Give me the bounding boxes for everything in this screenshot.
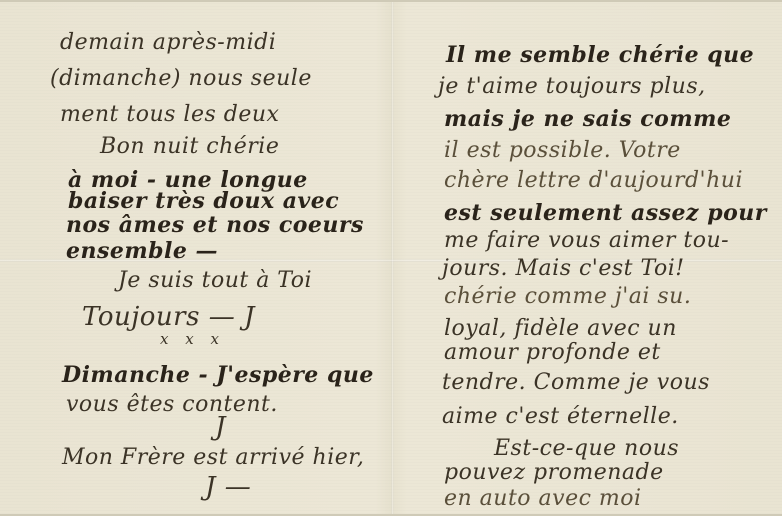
handwritten-line: je t'aime toujours plus, — [438, 74, 706, 99]
handwritten-line: me faire vous aimer tou- — [444, 228, 729, 253]
handwritten-line: amour profonde et — [444, 340, 661, 365]
handwritten-line: Je suis tout à Toi — [118, 268, 312, 293]
handwritten-line: en auto avec moi — [444, 486, 642, 511]
handwritten-line: Mon Frère est arrivé hier, — [62, 445, 364, 470]
signature-line: Toujours — J — [82, 302, 255, 332]
handwritten-line: ment tous les deux — [60, 102, 279, 127]
handwritten-line: loyal, fidèle avec un — [444, 316, 677, 341]
handwritten-line: (dimanche) nous seule — [50, 66, 312, 91]
handwritten-line: mais je ne sais comme — [444, 106, 731, 132]
handwritten-line: tendre. Comme je vous — [442, 370, 710, 395]
handwritten-line: chérie comme j'ai su. — [444, 284, 691, 309]
handwritten-line: Est-ce-que nous — [494, 436, 679, 461]
kisses-marks: x x x — [160, 330, 225, 348]
handwritten-line: Bon nuit chérie — [100, 134, 279, 159]
handwritten-line: pouvez promenade — [444, 460, 664, 485]
left-page: demain après-midi (dimanche) nous seule … — [0, 2, 391, 516]
handwritten-line: nos âmes et nos coeurs — [66, 212, 364, 238]
handwritten-line: Dimanche - J'espère que — [62, 362, 374, 388]
handwritten-line: est seulement assez pour — [444, 200, 767, 226]
signature-initial: J — [215, 412, 226, 442]
signature-initial: J — — [205, 472, 251, 502]
handwritten-line: aime c'est éternelle. — [442, 404, 679, 429]
handwritten-line: baiser très doux avec — [68, 188, 339, 214]
handwritten-line: ensemble — — [66, 238, 218, 264]
handwritten-line: jours. Mais c'est Toi! — [442, 256, 685, 281]
right-page: Il me semble chérie que je t'aime toujou… — [394, 2, 782, 516]
handwritten-line: vous êtes content. — [66, 392, 278, 417]
handwritten-line: il est possible. Votre — [444, 138, 681, 163]
handwritten-line: demain après-midi — [60, 30, 276, 55]
handwritten-line: Il me semble chérie que — [446, 42, 754, 68]
handwritten-line: chère lettre d'aujourd'hui — [444, 168, 743, 193]
letter-sheet: demain après-midi (dimanche) nous seule … — [0, 0, 782, 516]
